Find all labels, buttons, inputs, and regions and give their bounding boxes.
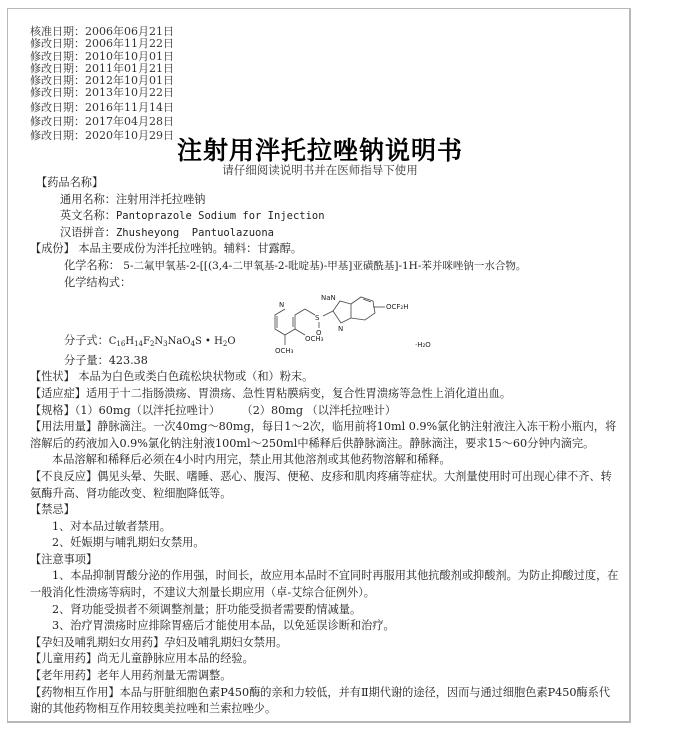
precaution-item: 2、肾功能受损者不须调整剂量；肝功能受损者需要酌情减量。 (30, 602, 620, 619)
chemical-name-label: 化学名称： (64, 259, 120, 272)
date-revision: 修改日期：2013年10月22日 (30, 87, 174, 99)
date-label: 修改日期： (30, 50, 85, 63)
section-text: 老年人用药剂量无需调整。 (97, 669, 231, 682)
date-value: 2016年11月14日 (85, 101, 174, 114)
pinyin-name: 汉语拼音：Zhusheyong Pantuolazuona (30, 225, 620, 242)
precaution-item: 1、本品抑制胃酸分泌的作用强，时间长，故应用本品时不宜同时再服用其他抗酸剂或抑酸… (30, 568, 620, 601)
svg-text:OCH₃: OCH₃ (305, 335, 324, 343)
date-label: 修改日期： (30, 62, 85, 75)
chemical-structure: N S O NaN N OCF₂H OCH₃ OCH₃ ·H₂O (30, 291, 620, 369)
document-body: 【药品名称】 通用名称：注射用泮托拉唑钠 英文名称：Pantoprazole S… (30, 175, 620, 718)
contraindication-item: 1、对本品过敏者禁用。 (30, 519, 620, 536)
revision-dates: 核准日期：2006年06月21日 修改日期：2006年11月22日 修改日期：2… (30, 26, 174, 143)
section-specification: 【规格】（1）60mg（以泮托拉唑计） （2）80mg （以泮托拉唑计） (30, 403, 620, 420)
composition-heading: 【成份】 (30, 242, 75, 255)
section-heading: 【不良反应】 (30, 470, 97, 483)
svg-text:N: N (279, 301, 284, 309)
section-heading: 【适应症】 (30, 387, 86, 400)
section-heading: 【规格】 (30, 404, 75, 417)
section-adverse-reactions: 【不良反应】偶见头晕、失眠、嗜睡、恶心、腹泻、便秘、皮疹和肌肉疼痛等症状。大剂量… (30, 469, 620, 502)
section-heading: 【孕妇及哺乳期妇女用药】 (30, 636, 164, 649)
date-value: 2006年11月22日 (85, 37, 174, 50)
date-value: 2017年04月28日 (85, 115, 174, 128)
section-pregnancy: 【孕妇及哺乳期妇女用药】孕妇及哺乳期妇女禁用。 (30, 635, 620, 652)
svg-text:·H₂O: ·H₂O (415, 341, 431, 349)
contraindication-item: 2、妊娠期与哺乳期妇女禁用。 (30, 535, 620, 552)
english-name-value: Pantoprazole Sodium for Injection (116, 210, 325, 222)
date-value: 2011年01月21日 (85, 62, 174, 75)
section-dosage: 【用法用量】静脉滴注。一次40mg～80mg，每日1～2次，临用前将10ml 0… (30, 419, 620, 452)
date-revision: 修改日期：2016年11月14日 (30, 102, 174, 114)
precautions-heading: 【注意事项】 (30, 552, 620, 569)
svg-text:S: S (315, 314, 320, 322)
date-label: 修改日期： (30, 37, 85, 50)
date-label: 修改日期： (30, 115, 85, 128)
section-heading: 【药物相互作用】 (30, 686, 120, 699)
section-geriatric: 【老年用药】老年人用药剂量无需调整。 (30, 668, 620, 685)
date-label: 修改日期： (30, 86, 85, 99)
section-text: （1）60mg（以泮托拉唑计） （2）80mg （以泮托拉唑计） (75, 404, 396, 417)
generic-name-label: 通用名称： (60, 193, 116, 206)
generic-name-value: 注射用泮托拉唑钠 (116, 193, 206, 206)
svg-text:OCF₂H: OCF₂H (386, 303, 409, 311)
pinyin-label: 汉语拼音： (60, 226, 116, 239)
section-text: 尚无儿童静脉应用本品的经验。 (97, 652, 254, 665)
section-indications: 【适应症】适用于十二指肠溃疡、胃溃疡、急性胃粘膜病变，复合性胃溃疡等急性上消化道… (30, 386, 620, 403)
chemical-name: 化学名称： 5-二氟甲氧基-2-[[(3,4-二甲氧基-2-吡啶基)-甲基]亚磺… (30, 258, 620, 275)
contraindications-heading: 【禁忌】 (30, 502, 620, 519)
svg-text:N: N (338, 325, 343, 333)
date-value: 2010年10月01日 (85, 50, 174, 63)
precaution-item: 3、治疗胃溃疡时应排除胃癌后才能使用本品，以免延误诊断和治疗。 (30, 618, 620, 635)
section-pediatric: 【儿童用药】尚无儿童静脉应用本品的经验。 (30, 651, 620, 668)
generic-name: 通用名称：注射用泮托拉唑钠 (30, 192, 620, 209)
date-revision: 修改日期：2017年04月28日 (30, 116, 174, 128)
svg-text:NaN: NaN (321, 294, 336, 302)
pinyin-value: Zhusheyong Pantuolazuona (116, 227, 274, 239)
date-value: 2013年10月22日 (85, 86, 174, 99)
section-heading: 【儿童用药】 (30, 652, 97, 665)
composition-section: 【成份】 本品主要成份为泮托拉唑钠。辅料：甘露醇。 (30, 241, 620, 258)
section-text: 静脉滴注。一次40mg～80mg，每日1～2次，临用前将10ml 0.9%氯化钠… (30, 420, 616, 450)
english-name-label: 英文名称： (60, 209, 116, 222)
section-interactions: 【药物相互作用】本品与肝脏细胞色素P450酶的亲和力较低，并有Ⅱ期代谢的途径，因… (30, 685, 620, 718)
date-label: 修改日期： (30, 101, 85, 114)
section-heading: 【用法用量】 (30, 420, 97, 433)
composition-text: 本品主要成份为泮托拉唑钠。辅料：甘露醇。 (75, 242, 302, 255)
section-text: 偶见头晕、失眠、嗜睡、恶心、腹泻、便秘、皮疹和肌肉疼痛等症状。大剂量使用时可出现… (30, 470, 612, 500)
english-name: 英文名称：Pantoprazole Sodium for Injection (30, 208, 620, 225)
svg-text:OCH₃: OCH₃ (275, 347, 294, 355)
section-heading: 【性状】 (30, 370, 75, 383)
section-heading: 【老年用药】 (30, 669, 97, 682)
drug-name-heading: 【药品名称】 (30, 175, 620, 192)
structure-diagram: N S O NaN N OCF₂H OCH₃ OCH₃ ·H₂O (265, 287, 445, 373)
section-text: 孕妇及哺乳期妇女禁用。 (164, 636, 287, 649)
usage-note: 本品溶解和稀释后必须在4小时内用完，禁止用其他溶剂或其他药物溶解和稀释。 (30, 452, 620, 469)
section-text: 适用于十二指肠溃疡、胃溃疡、急性胃粘膜病变，复合性胃溃疡等急性上消化道出血。 (86, 387, 511, 400)
chemical-name-value: 5-二氟甲氧基-2-[[(3,4-二甲氧基-2-吡啶基)-甲基]亚磺酰基]-1H… (120, 260, 526, 272)
